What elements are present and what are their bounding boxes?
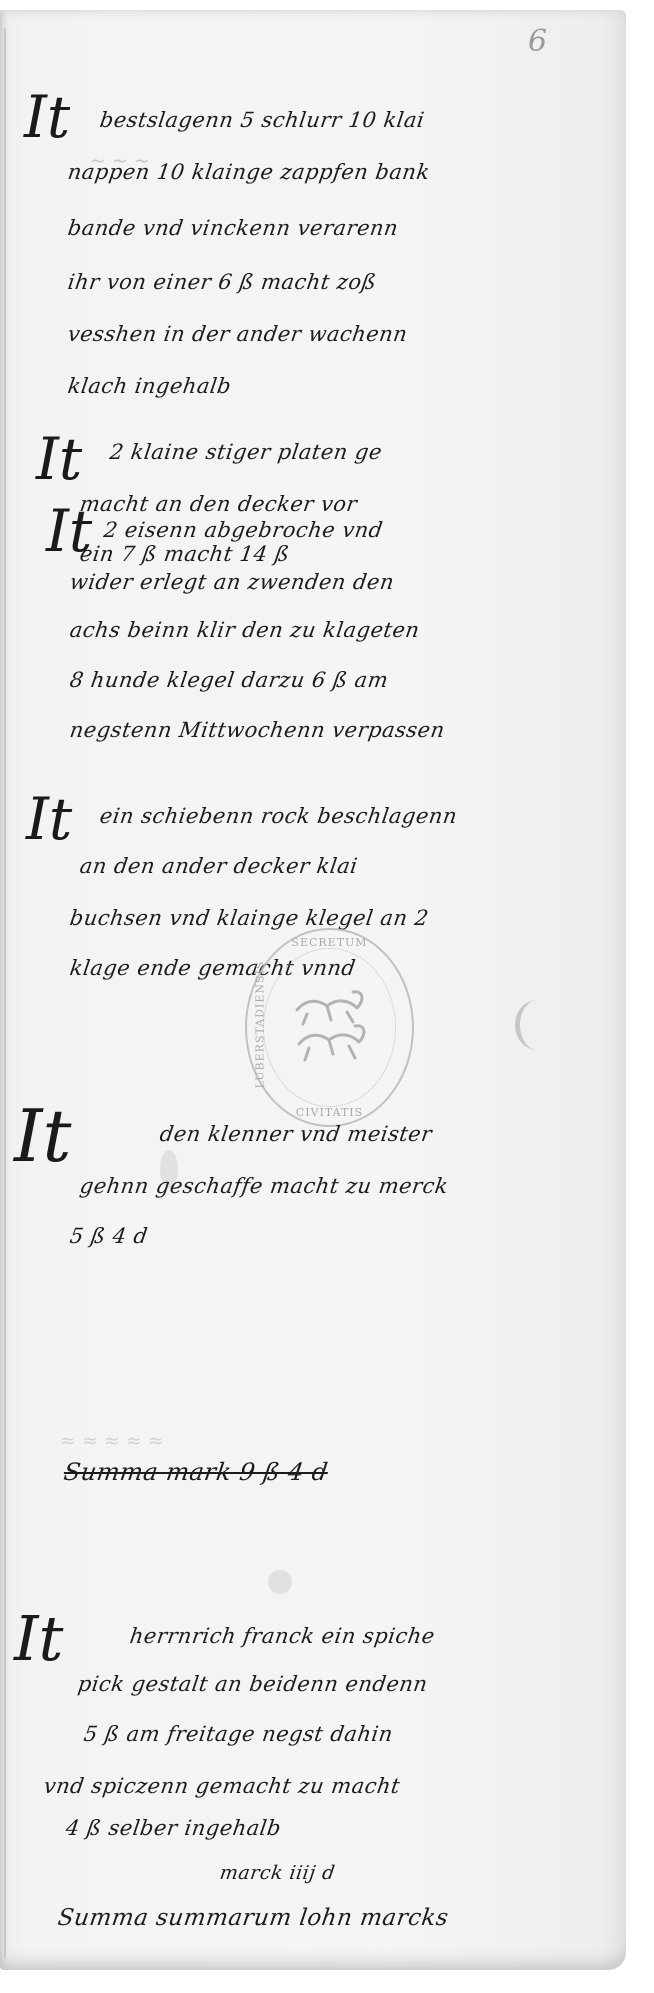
- struck-subtotal: Summa mark 9 ß 4 d: [62, 1458, 330, 1486]
- two-lions-passant-icon: [287, 980, 372, 1075]
- entry-line: macht an den decker vor: [78, 492, 359, 516]
- entry-line: buchsen vnd klainge klegel an 2: [68, 906, 430, 930]
- entry-initial: It: [24, 88, 70, 146]
- ink-mark: [515, 1000, 560, 1050]
- entry-line: wider erlegt an zwenden den: [68, 570, 395, 594]
- entry-initial: It: [26, 790, 72, 848]
- entry-initial: It: [14, 1608, 63, 1670]
- entry-initial: It: [14, 1100, 71, 1172]
- entry-line: herrnrich franck ein spiche: [128, 1624, 436, 1648]
- seal-text-bottom: CIVITATIS: [247, 1106, 412, 1119]
- seal-text-left: LUBERSTADIENSIS: [254, 950, 267, 1100]
- entry-line: ihr von einer 6 ß macht zoß: [66, 270, 378, 294]
- folio-number: 6: [528, 24, 547, 59]
- entry-line: vesshen in der ander wachenn: [66, 322, 409, 346]
- sum-note: marck iiij d: [218, 1862, 336, 1884]
- page-binding-edge: [4, 28, 6, 1958]
- entry-line: 8 hunde klegel darzu 6 ß am: [68, 668, 390, 692]
- sum-line: Summa summarum lohn marcks: [56, 1905, 450, 1931]
- seal-text-top: SECRETUM: [247, 936, 412, 949]
- entry-line: pick gestalt an beidenn endenn: [76, 1672, 429, 1696]
- entry-line: achs beinn klir den zu klageten: [68, 618, 421, 642]
- entry-line: 2 klaine stiger platen ge: [108, 440, 383, 464]
- entry-line: 4 ß selber ingehalb: [64, 1816, 282, 1840]
- entry-line: ein schiebenn rock beschlagenn: [98, 804, 458, 828]
- entry-line: gehnn geschaffe macht zu merck: [78, 1174, 450, 1198]
- manuscript-page: 6 ~ ~ ~ ≈ ≈ ≈ ≈ ≈ It bestslagenn 5 schlu…: [0, 10, 626, 1970]
- entry-line: bestslagenn 5 schlurr 10 klai: [98, 108, 426, 132]
- entry-line: 5 ß 4 d: [68, 1224, 149, 1248]
- entry-line: ein 7 ß macht 14 ß: [78, 542, 291, 566]
- entry-initial: It: [46, 502, 92, 560]
- entry-line: bande vnd vinckenn verarenn: [66, 216, 400, 240]
- bleed-through-text: ≈ ≈ ≈ ≈ ≈: [60, 1430, 164, 1452]
- entry-line: vnd spiczenn gemacht zu macht: [42, 1774, 401, 1798]
- entry-initial: It: [36, 430, 82, 488]
- entry-line: 5 ß am freitage negst dahin: [82, 1722, 394, 1746]
- entry-line: an den ander decker klai: [78, 854, 359, 878]
- entry-line: negstenn Mittwochenn verpassen: [68, 718, 446, 742]
- entry-line: nappen 10 klainge zappfen bank: [66, 160, 431, 184]
- city-seal-stamp: SECRETUM LUBERSTADIENSIS CIVITATIS: [245, 928, 414, 1127]
- entry-line: 2 eisenn abgebroche vnd: [102, 518, 384, 542]
- ink-smudge: [268, 1570, 292, 1594]
- entry-line: klach ingehalb: [66, 374, 233, 398]
- entry-line: den klenner vnd meister: [158, 1122, 433, 1146]
